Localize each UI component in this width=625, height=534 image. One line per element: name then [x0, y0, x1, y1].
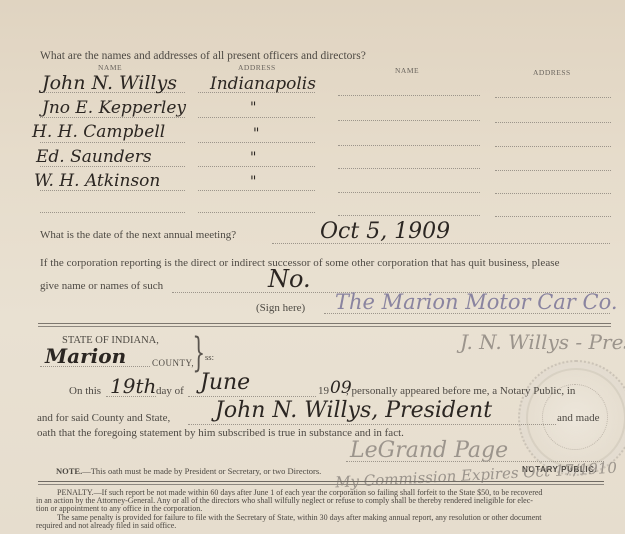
- address-header-1: ADDRESS: [238, 63, 276, 72]
- address-line: [495, 97, 611, 98]
- day-of-label: day of: [156, 385, 184, 397]
- address-line: [495, 216, 611, 217]
- person-value: John N. Willys, President: [215, 398, 492, 423]
- county-value: Marion: [45, 344, 126, 368]
- notary-signature: LeGrand Page: [350, 438, 508, 463]
- note-text: —This oath must be made by President or …: [82, 466, 321, 476]
- month-value: June: [200, 370, 250, 395]
- penalty-divider: [38, 481, 604, 482]
- address-line: [198, 166, 315, 167]
- section-divider: [38, 323, 611, 324]
- note-label: NOTE.: [56, 466, 82, 476]
- name-line: [40, 212, 185, 213]
- name-line: [338, 168, 480, 169]
- address-header-2: ADDRESS: [533, 68, 571, 77]
- address-line: [198, 142, 315, 143]
- address-line: [495, 146, 611, 147]
- county-state-text: and for said County and State,: [37, 412, 170, 424]
- address-line: [495, 193, 611, 194]
- commission-expiry: My Commission Expires Oct 17/1910: [335, 459, 618, 492]
- address-line: [495, 170, 611, 171]
- annual-meeting-question: What is the date of the next annual meet…: [40, 229, 236, 241]
- officer-name: Ed. Saunders: [36, 147, 152, 167]
- address-line: [198, 212, 315, 213]
- sign-here-label: (Sign here): [256, 302, 305, 314]
- name-header-2: NAME: [395, 66, 419, 75]
- county-label: COUNTY,: [152, 358, 194, 368]
- officer-address: ": [253, 126, 259, 142]
- address-line: [198, 117, 315, 118]
- officer-address: ": [250, 174, 256, 190]
- penalty-line-5: required and not already filed in said o…: [36, 522, 176, 531]
- address-line: [495, 122, 611, 123]
- officer-name: H. H. Campbell: [32, 122, 165, 142]
- name-line: [338, 192, 480, 193]
- and-made-text: and made: [557, 412, 599, 424]
- name-line: [40, 142, 185, 143]
- officer-name: John N. Willys: [42, 72, 177, 94]
- section-divider: [38, 326, 611, 327]
- on-this-label: On this: [69, 385, 101, 397]
- year-prefix: 19: [318, 385, 329, 397]
- annual-meeting-answer: Oct 5, 1909: [320, 219, 450, 244]
- name-line: [338, 215, 480, 216]
- address-line: [198, 190, 315, 191]
- president-signature: J. N. Willys - Pres.: [460, 330, 625, 354]
- ss-label: ss:: [205, 352, 214, 362]
- appeared-text: , personally appeared before me, a Notar…: [346, 385, 575, 397]
- successor-question-line2: give name or names of such: [40, 280, 163, 292]
- officer-name: W. H. Atkinson: [34, 171, 160, 191]
- name-line: [338, 120, 480, 121]
- officer-address: Indianapolis: [210, 74, 316, 94]
- officer-address: ": [250, 150, 256, 166]
- oath-text: oath that the foregoing statement by him…: [37, 427, 404, 439]
- name-line: [338, 95, 480, 96]
- officer-address: ": [250, 100, 256, 116]
- officer-name: Jno E. Kepperley: [42, 98, 186, 118]
- successor-answer: No.: [268, 265, 311, 293]
- note: NOTE.—This oath must be made by Presiden…: [56, 466, 321, 476]
- day-value: 19th: [110, 374, 156, 398]
- month-line: [188, 396, 316, 397]
- penalty-divider: [38, 484, 604, 485]
- company-signature: The Marion Motor Car Co.: [335, 290, 618, 314]
- person-line: [188, 424, 556, 425]
- officers-question: What are the names and addresses of all …: [40, 50, 366, 62]
- name-line: [338, 145, 480, 146]
- name-header-1: NAME: [98, 63, 122, 72]
